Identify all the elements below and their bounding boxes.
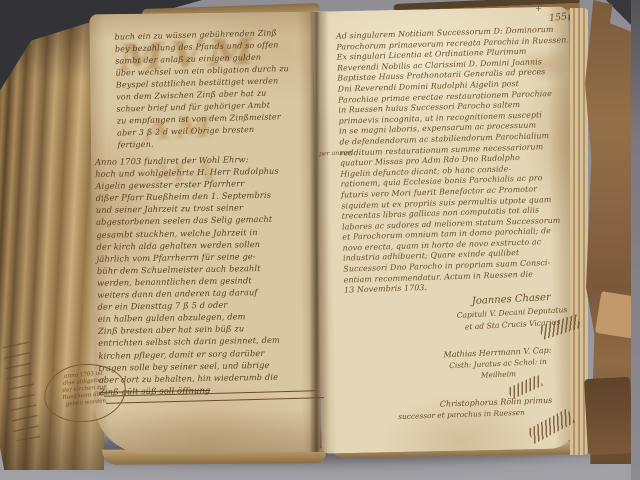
torn-leaf-fragment-dark — [584, 377, 634, 455]
left-page-anno-1703-paragraph: Anno 1703 fundiret der Wohl Ehrw:hoch un… — [95, 152, 313, 398]
left-page-paragraph-1: buch ein zu wüssen gebührenden Zinßbey b… — [114, 26, 315, 151]
signature-block-2: Mathias Herrmann V. Cap:Cisth: Juratus a… — [427, 344, 568, 383]
cross-mark: + — [535, 4, 542, 13]
page-number: 155. — [548, 11, 570, 24]
background-right-edge — [631, 0, 640, 480]
manuscript-book-photo: MVM AM MA buch ein zu wüssen gebührenden… — [0, 0, 640, 480]
right-page-latin-entry: Ad singularem Notitiam Successorum D: Do… — [336, 24, 576, 296]
